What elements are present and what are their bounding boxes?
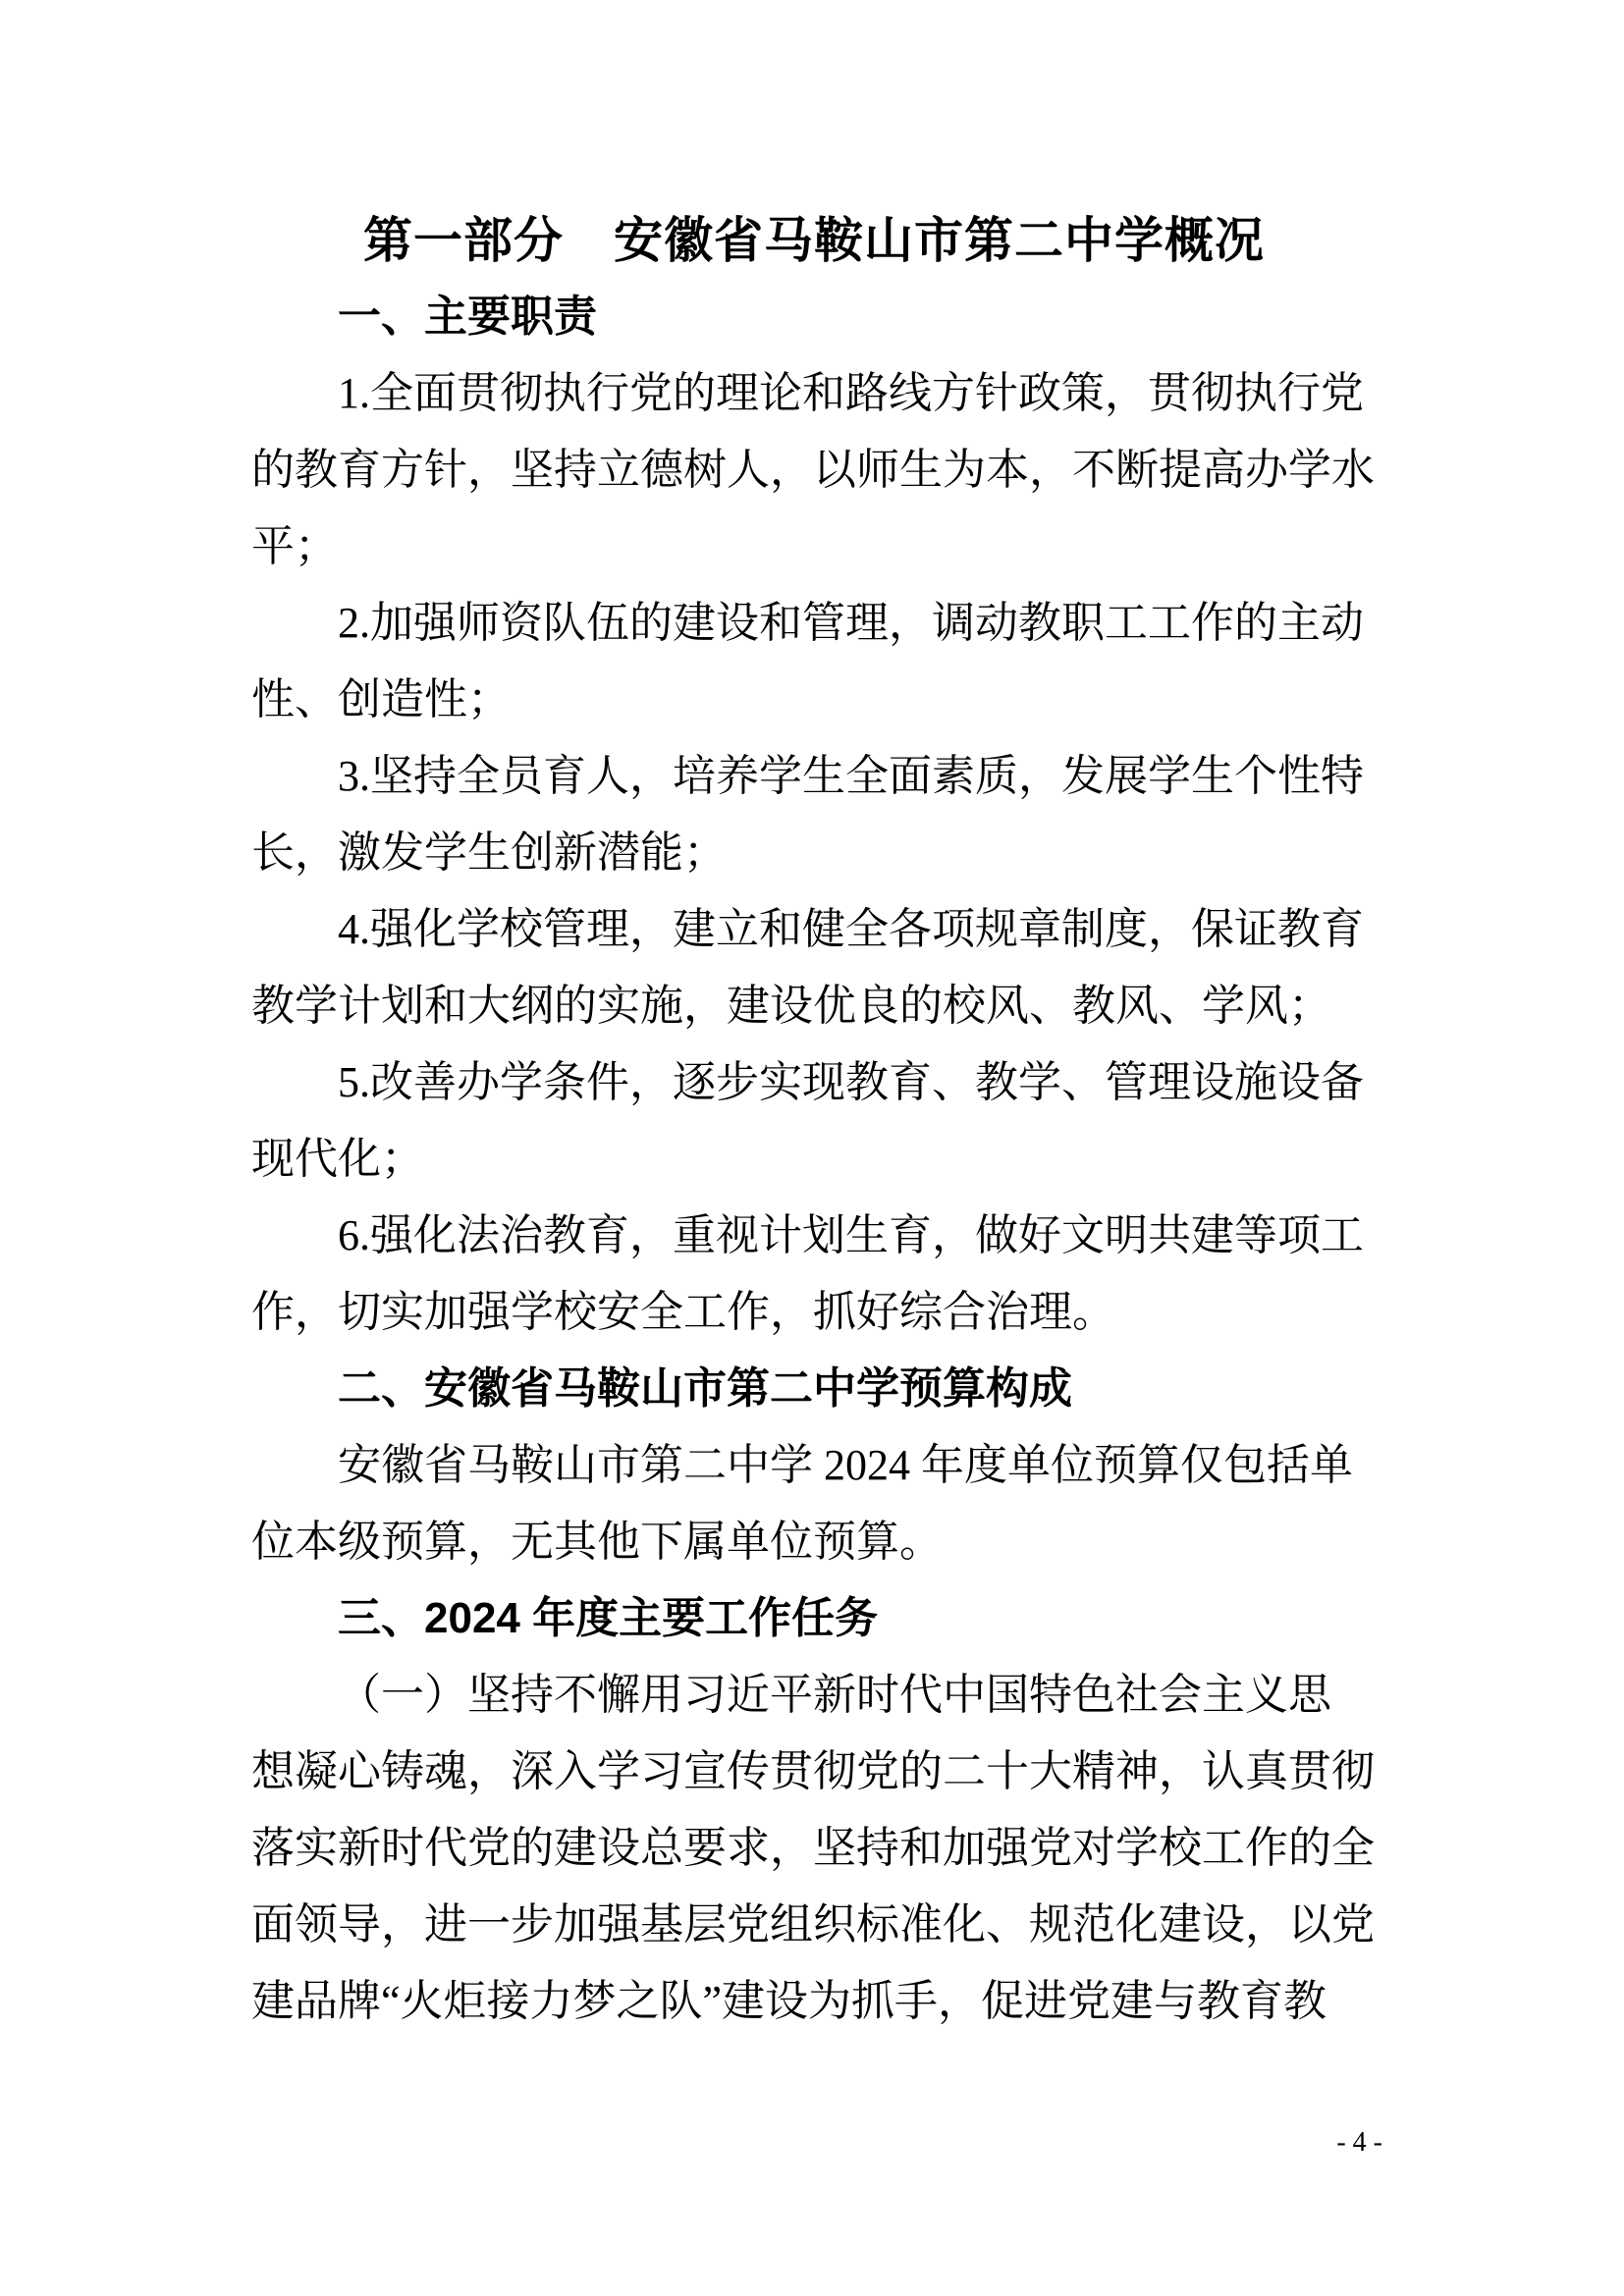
- body-line: 6.强化法治教育，重视计划生育，做好文明共建等项工: [251, 1198, 1377, 1274]
- document-title: 第一部分 安徽省马鞍山市第二中学概况: [251, 202, 1377, 279]
- body-line: 3.坚持全员育人，培养学生全面素质，发展学生个性特: [251, 738, 1377, 815]
- document-page: 第一部分 安徽省马鞍山市第二中学概况一、主要职责1.全面贯彻执行党的理论和路线方…: [0, 0, 1624, 2296]
- body-line: 现代化；: [251, 1121, 1377, 1198]
- body-line: 面领导，进一步加强基层党组织标准化、规范化建设，以党: [251, 1887, 1377, 1963]
- page-number: - 4 -: [1336, 2126, 1382, 2160]
- section-heading-3: 三、2024 年度主要工作任务: [251, 1580, 1377, 1657]
- body-line: 的教育方针，坚持立德树人，以师生为本，不断提高办学水: [251, 432, 1377, 508]
- document-body: 第一部分 安徽省马鞍山市第二中学概况一、主要职责1.全面贯彻执行党的理论和路线方…: [251, 202, 1377, 2040]
- body-line: 1.全面贯彻执行党的理论和路线方针政策，贯彻执行党: [251, 355, 1377, 432]
- body-line: 安徽省马鞍山市第二中学 2024 年度单位预算仅包括单: [251, 1427, 1377, 1504]
- body-line: 4.强化学校管理，建立和健全各项规章制度，保证教育: [251, 891, 1377, 968]
- body-line: 位本级预算，无其他下属单位预算。: [251, 1504, 1377, 1580]
- body-line: 落实新时代党的建设总要求，坚持和加强党对学校工作的全: [251, 1810, 1377, 1887]
- body-line: 教学计划和大纲的实施，建设优良的校风、教风、学风；: [251, 968, 1377, 1044]
- body-line: （一）坚持不懈用习近平新时代中国特色社会主义思: [251, 1657, 1377, 1734]
- body-line: 5.改善办学条件，逐步实现教育、教学、管理设施设备: [251, 1044, 1377, 1121]
- body-line: 长，激发学生创新潜能；: [251, 815, 1377, 891]
- body-line: 性、创造性；: [251, 662, 1377, 738]
- section-heading-2: 二、安徽省马鞍山市第二中学预算构成: [251, 1351, 1377, 1427]
- body-line: 平；: [251, 508, 1377, 585]
- body-line: 建品牌“火炬接力梦之队”建设为抓手，促进党建与教育教: [251, 1963, 1377, 2040]
- body-line: 2.加强师资队伍的建设和管理，调动教职工工作的主动: [251, 585, 1377, 662]
- section-heading-1: 一、主要职责: [251, 279, 1377, 355]
- body-line: 想凝心铸魂，深入学习宣传贯彻党的二十大精神，认真贯彻: [251, 1734, 1377, 1810]
- body-line: 作，切实加强学校安全工作，抓好综合治理。: [251, 1274, 1377, 1351]
